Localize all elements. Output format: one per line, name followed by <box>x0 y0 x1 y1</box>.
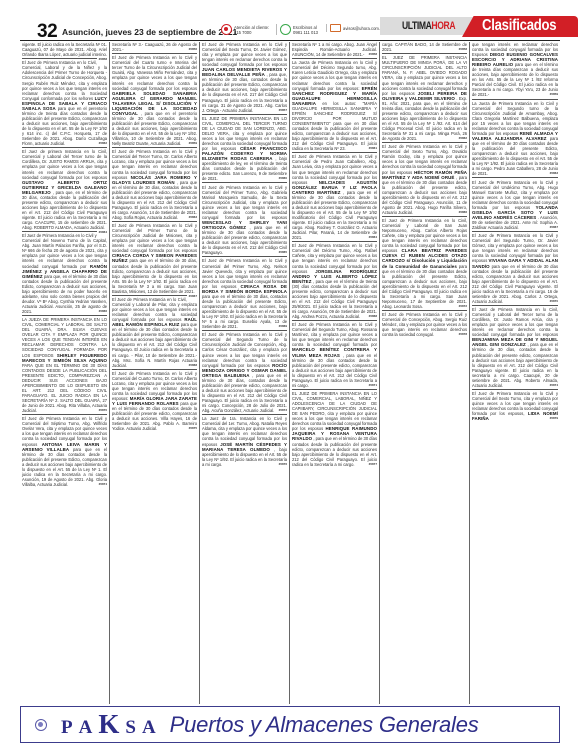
notice-body-continued: . Exp. 91. Año: 2021, para que, en el té… <box>382 96 467 141</box>
legal-notice: LA JUEZA DE PRIMERA INSTANCIA EN LO CIVI… <box>22 317 107 415</box>
paksa-wordmark: P A K S A <box>61 709 162 740</box>
legal-notice: que tengan interés en reclamar derechos … <box>472 42 558 100</box>
column-4: Secretaría Nº 1 a mi cargo. Abog. Juan Á… <box>290 42 380 704</box>
notice-code: 35858 <box>457 47 467 52</box>
column-6: que tengan interés en reclamar derechos … <box>470 42 560 704</box>
column-3: El Juez de Primera Instancia en lo Civil… <box>200 42 290 704</box>
notice-body-continued: , para que en el término de treinta (30)… <box>292 279 377 319</box>
section-title: Clasificados <box>482 17 556 35</box>
contact-phone-value: 415 7000 <box>234 30 251 35</box>
notice-code: 35866 <box>97 309 107 314</box>
legal-notice: El Juez de Primera Instancia en lo Civil… <box>22 233 107 316</box>
notice-code: 35860 <box>277 176 287 181</box>
contact-whatsapp-value: 0981 111 013 <box>293 30 318 35</box>
notice-code: 35867 <box>187 294 197 299</box>
notice-body-continued: en los autos: "MARÍA GUADALUPE HERMOSILL… <box>292 101 377 151</box>
notice-code: 35864 <box>97 230 107 235</box>
notice-code: 35871 <box>367 383 377 388</box>
legal-notice: El Juez de Primera Instancia en lo Civil… <box>22 416 107 488</box>
legal-notice: El Juez de Primera Instancia en lo Civil… <box>112 149 197 222</box>
brand-logo: ULTIMAHORA <box>402 20 455 32</box>
notice-body-continued: para que en el término de 30 días contad… <box>472 264 558 304</box>
notice-body-continued: , para que en el término de 30 días, con… <box>202 373 287 413</box>
notice-body-continued: para que en el término de 30 días contad… <box>22 447 107 487</box>
paksa-emblem-icon <box>35 719 47 731</box>
paksa-tagline: Puertos y Almacenes Generales <box>170 712 479 738</box>
legal-notice: El Juez de Primera Instancia en lo Civil… <box>22 60 107 148</box>
contact-email-value: avisos@uhora.com.py <box>343 26 385 31</box>
legal-notice: El Juez de Primera Instancia en lo Civil… <box>202 332 287 415</box>
notice-code: 35878 <box>457 332 467 337</box>
notice-code: 35857 <box>277 108 287 113</box>
notice-body: El Juez de Primera Instancia en lo Civil… <box>292 322 377 347</box>
notice-body: El Juez de Primera Instancia en lo Civil… <box>112 55 197 90</box>
legal-notice: El Juez de Primera Instancia en lo Civil… <box>382 144 467 217</box>
legal-notice: El Juez de Primera Instancia en lo Civil… <box>472 307 558 390</box>
legal-notice: vigente. El juicio radica en la Secretar… <box>22 42 107 59</box>
notice-body: El Juez de Primera Instancia en lo Civil… <box>382 312 467 337</box>
legal-notice: cargo. CAPITÁN BADO, 14 de Setiembre de … <box>382 42 467 54</box>
notice-body-continued: para que en el término de 30 días contad… <box>472 136 558 176</box>
column-2: Secretaría Nº 3.- Caaguazú, 26 de Agosto… <box>110 42 200 704</box>
notice-code: 35873 <box>277 408 287 413</box>
notice-body: El Juez de Primera Instancia en lo Civil… <box>472 307 558 337</box>
notice-body: El Juez de Primera Instancia en lo Civil… <box>202 185 287 220</box>
notice-body: Secretaría Nº 3.- Caaguazú, 26 de Agosto… <box>112 42 197 52</box>
contact-phone: Atención al cliente: 415 7000 <box>221 24 269 35</box>
notice-body-continued: , para que en el término de 30 días cont… <box>382 175 467 215</box>
header-divider <box>20 40 560 41</box>
notice-code: 35864 <box>367 235 377 240</box>
notice-code: 35870 <box>548 299 558 304</box>
notice-body-continued: , para que en el perentorio término de 3… <box>112 111 197 146</box>
notice-code: 35862 <box>97 141 107 146</box>
notice-code: 35859 <box>548 92 558 97</box>
legal-notice: El Juez de Primera Instancia en lo Civil… <box>112 297 197 370</box>
notice-code: 35861 <box>367 146 377 151</box>
legal-notice: El Juez de Primera Instancia en lo Civil… <box>202 258 287 331</box>
notice-code: 35874 <box>97 482 107 487</box>
whatsapp-icon <box>280 24 291 35</box>
legal-notice: El Juez de Primera Instancia en lo Civil… <box>112 55 197 148</box>
notice-body-continued: , para que en el término de 30 días cont… <box>202 225 287 255</box>
legal-notice: Secretaría Nº 1 a mi cargo. Abog. Juan Á… <box>292 42 377 59</box>
legal-notice: El Juez de primera Instancia en lo Civil… <box>22 149 107 232</box>
page-header: 32 Asunción, jueves 23 de septiembre de … <box>0 0 580 44</box>
legal-notice: El Juez de Primera Instancia en lo Civil… <box>112 371 197 433</box>
notice-body-continued: , para que en el término de 30 días cont… <box>292 190 377 240</box>
notice-body-continued: , para que en el término de 30 días, con… <box>472 342 558 387</box>
notice-body: El Juez de primera Instancia en lo Civil… <box>22 149 107 179</box>
notice-body-continued: , para que en el término de 30 días cont… <box>292 436 377 466</box>
notice-body-continued: para que en el término de 30 días, conta… <box>112 258 197 293</box>
notice-code: 35865 <box>277 250 287 255</box>
notice-body: El Juez de Primera Instancia en lo Civil… <box>22 60 107 100</box>
notice-code: 35868 <box>187 363 197 368</box>
legal-notice: EL JUEZ DE PRIMERA INSTANCIA EN LO CIVIL… <box>292 391 377 468</box>
notice-body-continued: PARA QUE EN EL TÉRMINO DE 30 DÍAS CONTAD… <box>22 363 107 413</box>
legal-notice: El Juez de Primera Instancia en lo Civil… <box>202 185 287 258</box>
notice-code: 35862 <box>457 136 467 141</box>
notice-code: 35856 <box>187 47 197 52</box>
notice-body-continued: para que en el término de 30 días contad… <box>112 322 197 367</box>
legal-notice: Secretaría Nº 3.- Caaguazú, 26 de Agosto… <box>112 42 197 54</box>
notice-body: EL JUEZ DE PRIMERA INSTANCIA EN LO CIVIL… <box>292 391 377 431</box>
legal-notice: EL JUEZ DE PRIMERA INSTANCIA EN LO CIVIL… <box>202 116 287 184</box>
notice-body-continued: para que en el término de 30 días contad… <box>382 264 467 309</box>
notice-body-continued: , para que, en el término de 30 días, co… <box>22 190 107 230</box>
column-1: vigente. El juicio radica en la Secretar… <box>20 42 110 704</box>
legal-notice: El Juez de Primera Instancia en lo Civil… <box>112 223 197 296</box>
notice-body: EL JUEZ DE PRIMERA INSTANCIA MULTIFUERO … <box>382 55 467 95</box>
notice-body: LA JUEZA DE PRIMERA INSTANCIA EN LO CIVI… <box>22 317 107 357</box>
notice-code: 35868 <box>367 314 377 319</box>
notice-code: 35879 <box>548 416 558 421</box>
notice-code: 35863 <box>187 215 197 220</box>
notice-code: 35858 <box>97 57 107 62</box>
notice-body-continued: para que en el término de treinta días c… <box>472 62 558 97</box>
notice-code: 35877 <box>367 462 377 467</box>
notice-code: 35872 <box>457 304 467 309</box>
notice-body: Secretaría Nº 1 a mi cargo. Abog. Juan Á… <box>292 42 377 57</box>
paksa-advertisement[interactable]: P A K S A Puertos y Almacenes Generales <box>20 706 560 743</box>
legal-notice: El Juez de Primera Instancia en lo Civil… <box>472 233 558 306</box>
legal-notice: La Jueza de Primera Instancia en lo Civi… <box>472 101 558 179</box>
legal-notice: El Juez de Primera Instancia en lo Civil… <box>472 391 558 422</box>
legal-notice: El Juez de Primera Instancia en lo Civil… <box>202 42 287 115</box>
column-5: cargo. CAPITÁN BADO, 14 de Setiembre de … <box>380 42 470 704</box>
notice-code: 35867 <box>548 225 558 230</box>
classifieds-columns: vigente. El juicio radica en la Secretar… <box>20 42 560 704</box>
legal-notice: La Jueza de Primera Instancia en lo Civi… <box>292 60 377 153</box>
legal-notice: El Juez de Primera Instancia en lo Civil… <box>472 180 558 232</box>
notice-body-continued: para que en el término de 30 días, conta… <box>202 294 287 329</box>
notice-body: vigente. El juicio radica en la Secretar… <box>22 42 107 57</box>
phone-icon <box>221 24 232 35</box>
email-icon <box>330 24 341 32</box>
notice-body-continued: para que en el término de 30 días contad… <box>112 401 197 431</box>
legal-notice: El Juez de Primera Instancia en lo Civil… <box>382 312 467 338</box>
legal-notice: La Juez de 1ra. Instancia en lo Civil y … <box>202 416 287 467</box>
contact-whatsapp: Escribinos al 0981 111 013 <box>276 24 318 35</box>
legal-notice: EL JUEZ DE PRIMERA INSTANCIA MULTIFUERO … <box>382 55 467 143</box>
notice-code: 35876 <box>277 462 287 467</box>
contact-email: avisos@uhora.com.py <box>326 24 385 32</box>
notice-body: cargo. CAPITÁN BADO, 14 de Setiembre de … <box>382 42 467 52</box>
legal-notice: El Juez de Primera Instancia en lo Civil… <box>292 243 377 321</box>
legal-notice: El Juez de Primera Instancia en lo Civil… <box>292 322 377 390</box>
notice-code: 35870 <box>97 408 107 413</box>
page-date: Asunción, jueves 23 de septiembre de 202… <box>62 27 237 37</box>
notice-code: 35875 <box>187 426 197 431</box>
notice-code: 35866 <box>457 210 467 215</box>
notice-code: 35869 <box>277 324 287 329</box>
notice-body: El Juez de Primera Instancia en lo Civil… <box>202 42 287 67</box>
notice-code: 35858 <box>367 52 377 57</box>
notice-code: 35863 <box>548 171 558 176</box>
notice-code: 35859 <box>187 141 197 146</box>
notice-body-continued: , para que en el término de 30 días cont… <box>292 353 377 388</box>
notice-body-continued: , para que en el término de 30 días, con… <box>112 180 197 220</box>
notice-code: 35874 <box>548 383 558 388</box>
notice-body-continued: para que en el perentorio término de tre… <box>22 106 107 146</box>
notice-body-continued: para que, en el término de 30 días conta… <box>22 274 107 314</box>
legal-notice: El Juez de Primera Instancia en lo Civil… <box>292 154 377 242</box>
notice-body: El Juez de Primera Instancia en lo Civil… <box>112 223 197 253</box>
notice-body-continued: , para que, en término de 30 días, conta… <box>202 72 287 112</box>
legal-notice: El Juez de Primera Instancia en lo Civil… <box>382 218 467 311</box>
